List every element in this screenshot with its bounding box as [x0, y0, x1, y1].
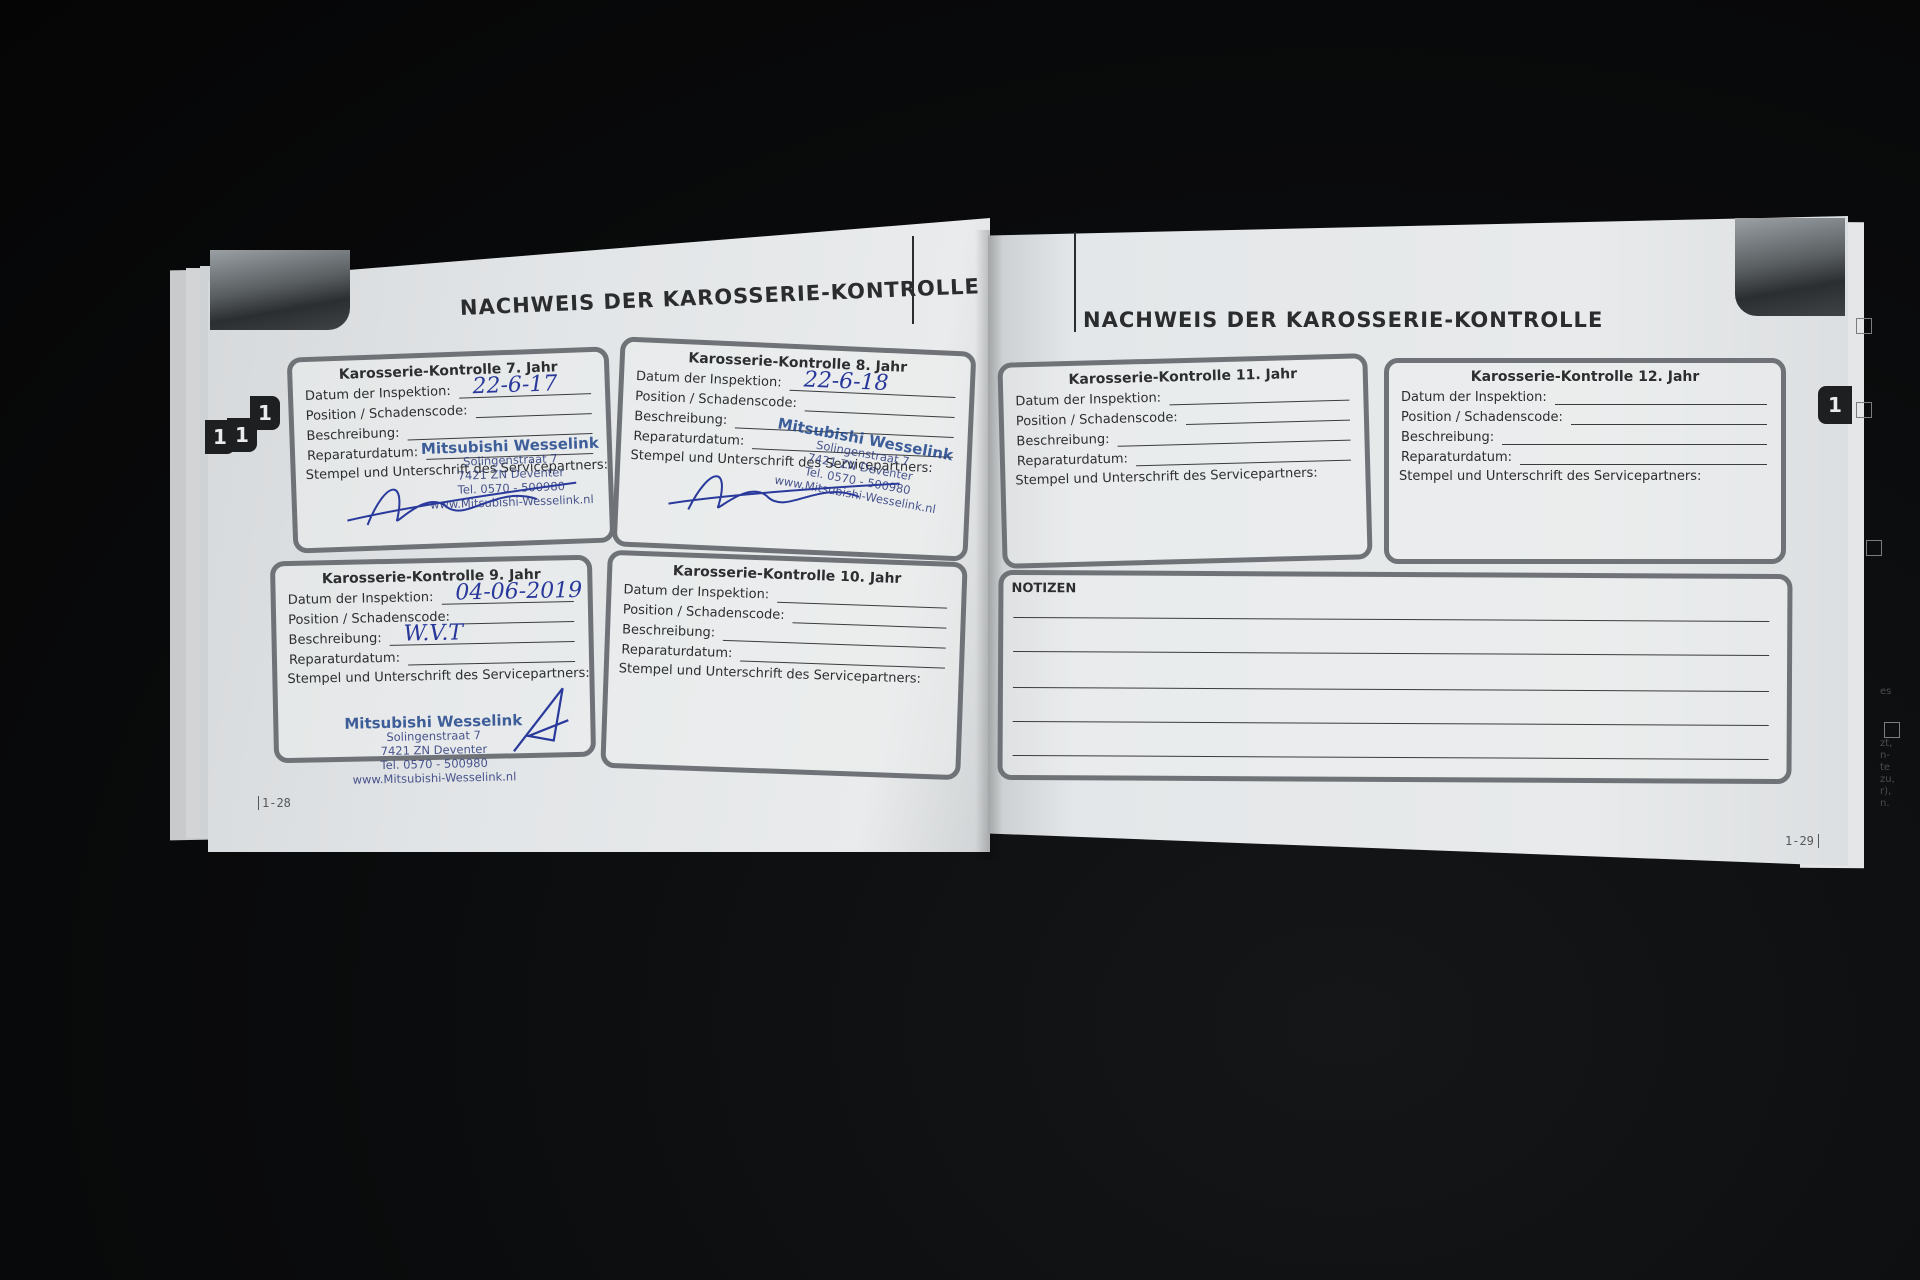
inspection-title: Karosserie-Kontrolle 12. Jahr: [1389, 369, 1781, 385]
field-label: Beschreibung:: [1016, 432, 1109, 449]
field-label: Reparaturdatum:: [1401, 450, 1512, 465]
handwritten-value: 22-6-18: [803, 367, 889, 396]
road-photo-thumbnail: [210, 250, 350, 330]
checkbox[interactable]: [1856, 402, 1872, 418]
field-description: Beschreibung:: [1389, 425, 1781, 445]
description-input[interactable]: [1502, 430, 1767, 445]
field-label: Beschreibung:: [1401, 430, 1494, 445]
chapter-tab[interactable]: 1: [250, 396, 280, 430]
notes-line[interactable]: [1013, 651, 1769, 656]
field-date: Datum der Inspektion:: [1389, 385, 1781, 405]
field-label: Position / Schadenscode:: [1401, 410, 1563, 425]
inspection-box-year-12: Karosserie-Kontrolle 12. Jahr Datum der …: [1384, 358, 1786, 564]
notes-line[interactable]: [1013, 755, 1769, 760]
inspection-box-year-7: Karosserie-Kontrolle 7. Jahr Datum der I…: [287, 346, 616, 553]
edge-text-fragment: es: [1880, 686, 1895, 698]
underlying-page-text: eszt,n-tezu,r),n.: [1880, 686, 1895, 810]
divider: [912, 236, 914, 324]
checkbox[interactable]: [1856, 318, 1872, 334]
repair-date-input[interactable]: [408, 647, 575, 665]
field-label: Datum der Inspektion:: [1401, 390, 1547, 405]
field-label: Reparaturdatum:: [289, 651, 400, 668]
field-label: Reparaturdatum:: [621, 642, 732, 661]
page-title: NACHWEIS DER KAROSSERIE-KONTROLLE: [1083, 308, 1603, 332]
chapter-tab[interactable]: 1: [1818, 386, 1852, 424]
notes-line[interactable]: [1013, 687, 1769, 692]
edge-text-fragment: te: [1880, 762, 1895, 774]
notes-box: NOTIZEN: [997, 570, 1792, 784]
checkbox[interactable]: [1866, 540, 1882, 556]
inspection-box-year-9: Karosserie-Kontrolle 9. Jahr Datum der I…: [270, 555, 596, 764]
handwritten-value: 22-6-17: [472, 371, 558, 399]
edge-text-fragment: n.: [1880, 798, 1895, 810]
field-label: Reparaturdatum:: [633, 429, 745, 449]
road-photo-thumbnail: [1735, 218, 1845, 316]
inspection-box-year-11: Karosserie-Kontrolle 11. Jahr Datum der …: [997, 353, 1372, 569]
date-input[interactable]: 04-06-2019: [441, 587, 574, 605]
signature-mark: [658, 453, 941, 535]
position-input[interactable]: [458, 607, 574, 624]
field-label: Beschreibung:: [622, 622, 716, 640]
inspection-box-year-10: Karosserie-Kontrolle 10. Jahr Datum der …: [600, 550, 967, 780]
page-number: 1-28: [258, 796, 291, 810]
notes-title: NOTIZEN: [1011, 581, 1787, 600]
edge-text-fragment: n-: [1880, 750, 1895, 762]
edge-text-fragment: zt,: [1880, 738, 1895, 750]
repair-date-input[interactable]: [1136, 446, 1351, 467]
date-input[interactable]: [1555, 390, 1767, 405]
edge-text-fragment: zu,: [1880, 774, 1895, 786]
field-label: Datum der Inspektion:: [288, 590, 434, 608]
notes-line[interactable]: [1013, 721, 1769, 726]
repair-date-input[interactable]: [1520, 450, 1767, 465]
field-position: Position / Schadenscode:: [1389, 405, 1781, 425]
divider: [1074, 232, 1076, 332]
signature-mark: [336, 461, 618, 541]
field-label: Reparaturdatum:: [1017, 451, 1128, 469]
signature-mark: [507, 680, 579, 761]
field-label: Beschreibung:: [288, 631, 381, 648]
inspection-box-year-8: Karosserie-Kontrolle 8. Jahr Datum der I…: [612, 336, 977, 561]
notes-line[interactable]: [1013, 617, 1769, 622]
handwritten-value: W.V.T: [403, 620, 463, 646]
repair-date-input[interactable]: [740, 646, 945, 668]
handwritten-value: 04-06-2019: [455, 578, 582, 606]
field-repair-date: Reparaturdatum:: [1389, 445, 1781, 465]
edge-text-fragment: r),: [1880, 786, 1895, 798]
position-input[interactable]: [1571, 410, 1767, 425]
page-number: 1-29: [1785, 834, 1819, 848]
signature-label: Stempel und Unterschrift des Servicepart…: [1389, 469, 1781, 484]
